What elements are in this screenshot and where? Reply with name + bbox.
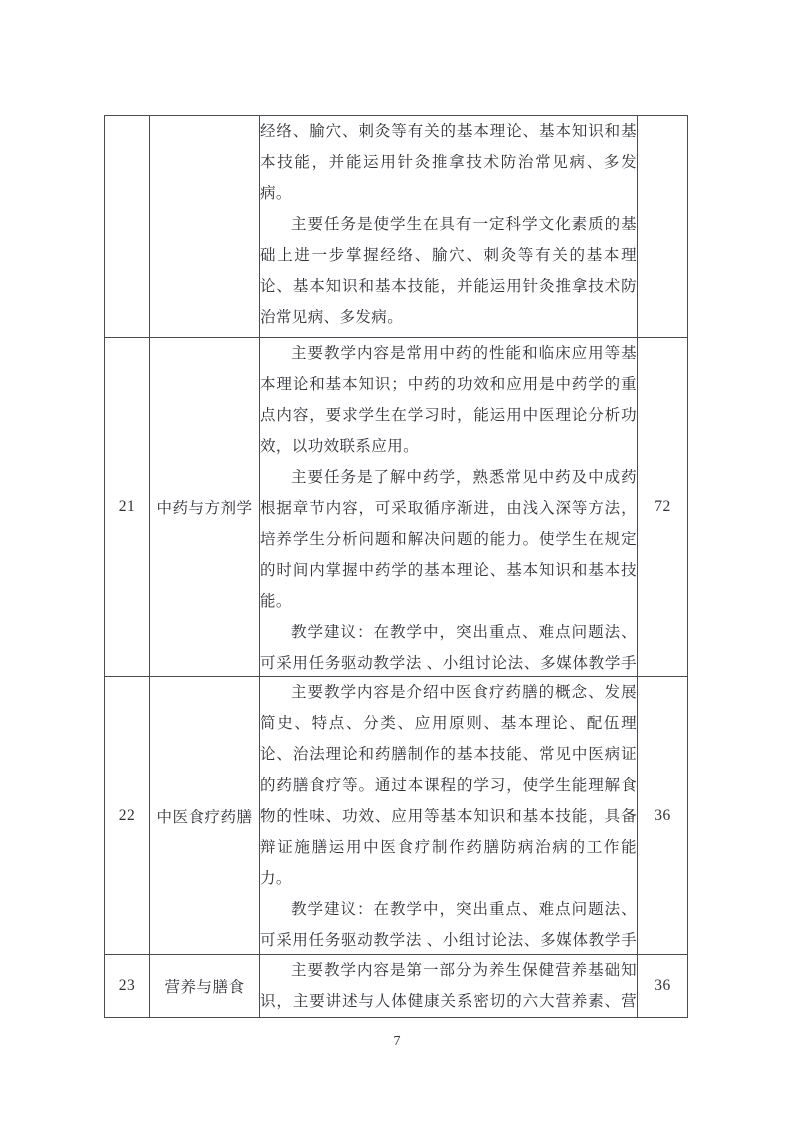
course-description-cell: 经络、腧穴、刺灸等有关的基本理论、基本知识和基本技能，并能运用针灸推拿技术防治常… xyxy=(260,116,638,338)
description-text: 主要教学内容是常用中药的性能和临床应用等基本理论和基本知识；中药的功效和应用是中… xyxy=(260,338,637,673)
course-description-cell: 主要教学内容是第一部分为养生保健营养基础知识，主要讲述与人体健康关系密切的六大营… xyxy=(260,955,638,1018)
course-hours-cell: 36 xyxy=(638,677,688,955)
description-text: 主要教学内容是介绍中医食疗药膳的概念、发展简史、特点、分类、应用原则、基本理论、… xyxy=(260,677,637,951)
page-number: 7 xyxy=(0,1034,794,1050)
table-row: 21 中药与方剂学 主要教学内容是常用中药的性能和临床应用等基本理论和基本知识；… xyxy=(105,338,688,677)
description-text: 主要教学内容是第一部分为养生保健营养基础知识，主要讲述与人体健康关系密切的六大营… xyxy=(260,955,637,1015)
course-name-cell: 中医食疗药膳 xyxy=(150,677,260,955)
course-name-cell: 中药与方剂学 xyxy=(150,338,260,677)
course-description-cell: 主要教学内容是介绍中医食疗药膳的概念、发展简史、特点、分类、应用原则、基本理论、… xyxy=(260,677,638,955)
course-name-cell xyxy=(150,116,260,338)
description-paragraph: 教学建议：在教学中，突出重点、难点问题法、可采用任务驱动教学法 、小组讨论法、多… xyxy=(260,617,637,673)
course-index-cell: 21 xyxy=(105,338,150,677)
description-paragraph: 教学建议：在教学中，突出重点、难点问题法、可采用任务驱动教学法 、小组讨论法、多… xyxy=(260,894,637,951)
course-hours-cell: 72 xyxy=(638,338,688,677)
course-index-cell: 22 xyxy=(105,677,150,955)
course-index-cell: 23 xyxy=(105,955,150,1018)
description-paragraph: 经络、腧穴、刺灸等有关的基本理论、基本知识和基本技能，并能运用针灸推拿技术防治常… xyxy=(260,116,637,209)
course-table: 经络、腧穴、刺灸等有关的基本理论、基本知识和基本技能，并能运用针灸推拿技术防治常… xyxy=(104,115,688,1018)
course-description-cell: 主要教学内容是常用中药的性能和临床应用等基本理论和基本知识；中药的功效和应用是中… xyxy=(260,338,638,677)
course-hours-cell: 36 xyxy=(638,955,688,1018)
description-paragraph: 教学建议：理实一体化教学，辅助现代教育技术和传统教学手段。 xyxy=(260,333,637,334)
document-page: 经络、腧穴、刺灸等有关的基本理论、基本知识和基本技能，并能运用针灸推拿技术防治常… xyxy=(0,0,794,1123)
description-paragraph: 主要教学内容是介绍中医食疗药膳的概念、发展简史、特点、分类、应用原则、基本理论、… xyxy=(260,677,637,894)
description-paragraph: 主要任务是了解中药学，熟悉常见中药及中成药根据章节内容，可采取循序渐进，由浅入深… xyxy=(260,462,637,617)
table-row: 22 中医食疗药膳 主要教学内容是介绍中医食疗药膳的概念、发展简史、特点、分类、… xyxy=(105,677,688,955)
description-paragraph: 主要任务是使学生在具有一定科学文化素质的基础上进一步掌握经络、腧穴、刺灸等有关的… xyxy=(260,209,637,333)
description-paragraph: 主要教学内容是常用中药的性能和临床应用等基本理论和基本知识；中药的功效和应用是中… xyxy=(260,338,637,462)
table-row: 经络、腧穴、刺灸等有关的基本理论、基本知识和基本技能，并能运用针灸推拿技术防治常… xyxy=(105,116,688,338)
description-text: 经络、腧穴、刺灸等有关的基本理论、基本知识和基本技能，并能运用针灸推拿技术防治常… xyxy=(260,116,637,334)
course-index-cell xyxy=(105,116,150,338)
course-name-cell: 营养与膳食 xyxy=(150,955,260,1018)
course-hours-cell xyxy=(638,116,688,338)
table-row: 23 营养与膳食 主要教学内容是第一部分为养生保健营养基础知识，主要讲述与人体健… xyxy=(105,955,688,1018)
description-paragraph: 主要教学内容是第一部分为养生保健营养基础知识，主要讲述与人体健康关系密切的六大营… xyxy=(260,955,637,1015)
